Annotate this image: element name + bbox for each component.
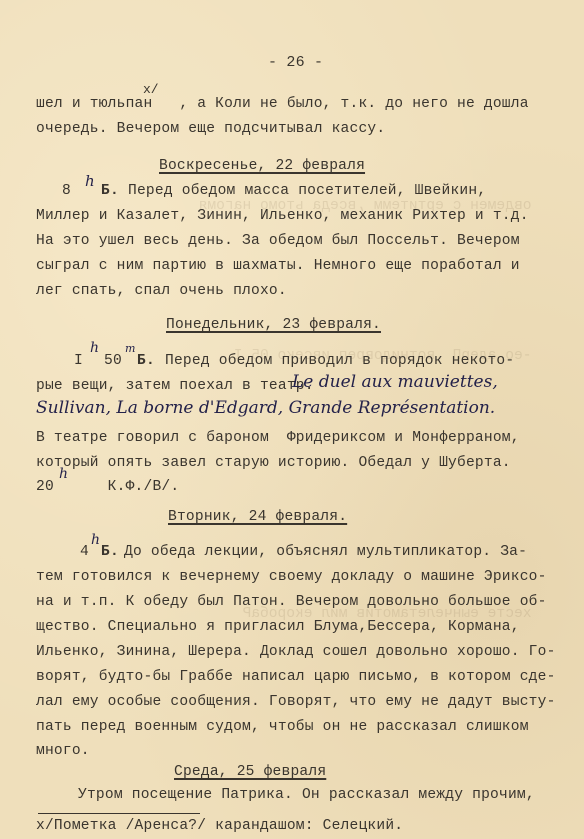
time-symbol: Ƃ. bbox=[137, 352, 155, 370]
section-heading-sunday: Воскресенье, 22 февраля bbox=[159, 157, 365, 175]
time-marker: I bbox=[74, 352, 83, 370]
footnote-rule bbox=[38, 813, 200, 814]
text-line: На это ушел весь день. За обедом был Пос… bbox=[36, 232, 520, 250]
handwritten-annotation: Sullivan, La borne d'Edgard, Grande Repr… bbox=[36, 398, 495, 418]
time-symbol: Ƃ. bbox=[101, 182, 119, 200]
text-line: Перед обедом приводил в порядок некото- bbox=[165, 352, 514, 370]
text-line: Ильенко, Зинина, Шерера. Доклад сошел до… bbox=[36, 643, 556, 661]
time-symbol: Ƃ. bbox=[101, 543, 119, 561]
text-line: который опять завел старую историю. Обед… bbox=[36, 454, 511, 472]
text-line: Перед обедом масса посетителей, Швейкин, bbox=[128, 182, 486, 200]
time-marker: 8 bbox=[62, 182, 71, 200]
text-line: Миллер и Казалет, Зинин, Ильенко, механи… bbox=[36, 207, 529, 225]
section-heading-tuesday: Вторник, 24 февраля. bbox=[168, 508, 347, 526]
page-number: - 26 - bbox=[268, 54, 323, 72]
text-line: лал ему особые сообщения. Говорят, что е… bbox=[36, 693, 556, 711]
text-line: рые вещи, затем поехал в театр. bbox=[36, 377, 314, 395]
text-line: 20 К.Ф./В/. bbox=[36, 478, 179, 496]
text-line: очередь. Вечером еще подсчитывал кассу. bbox=[36, 120, 385, 138]
section-heading-monday: Понедельник, 23 февраля. bbox=[166, 316, 381, 334]
handwritten-hour-mark: h bbox=[90, 340, 99, 356]
text-line: много. bbox=[36, 742, 90, 760]
text-line: ворят, будто-бы Граббе написал царю пись… bbox=[36, 668, 556, 686]
text-line: щество. Специально я пригласил Блума,Бес… bbox=[36, 618, 520, 636]
text-line: тем готовился к вечернему своему докладу… bbox=[36, 568, 547, 586]
text-line: До обеда лекции, объяснял мультипликатор… bbox=[124, 543, 527, 561]
text-line: сыграл с ним партию в шахматы. Немного е… bbox=[36, 257, 520, 275]
text-line: В театре говорил с бароном Фридериксом и… bbox=[36, 429, 520, 447]
handwritten-hour-mark: h bbox=[59, 466, 68, 482]
time-minutes: 50 bbox=[104, 352, 122, 370]
handwritten-hour-mark: h bbox=[91, 532, 100, 548]
text-line: пать перед военным судом, чтобы он не ра… bbox=[36, 718, 529, 736]
handwritten-minute-mark: m bbox=[125, 342, 135, 355]
text-line: шел и тюльпан , а Коли не было, т.к. до … bbox=[36, 95, 529, 113]
text-line: на и т.п. К обеду был Патон. Вечером дов… bbox=[36, 593, 547, 611]
document-page: овдемен с ертитемм ,вседа ьтомо нагомя -… bbox=[0, 0, 584, 839]
handwritten-hour-mark: h bbox=[85, 172, 95, 190]
text-line: лег спать, спал очень плохо. bbox=[36, 282, 287, 300]
section-heading-wednesday: Среда, 25 февраля bbox=[174, 763, 326, 781]
footnote: х/Пометка /Аренса?/ карандашом: Селецкий… bbox=[36, 817, 403, 835]
time-marker: 4 bbox=[80, 543, 89, 561]
handwritten-annotation: Le duel aux mauviettes, bbox=[292, 372, 498, 392]
text-line: Утром посещение Патрика. Он рассказал ме… bbox=[78, 786, 535, 804]
